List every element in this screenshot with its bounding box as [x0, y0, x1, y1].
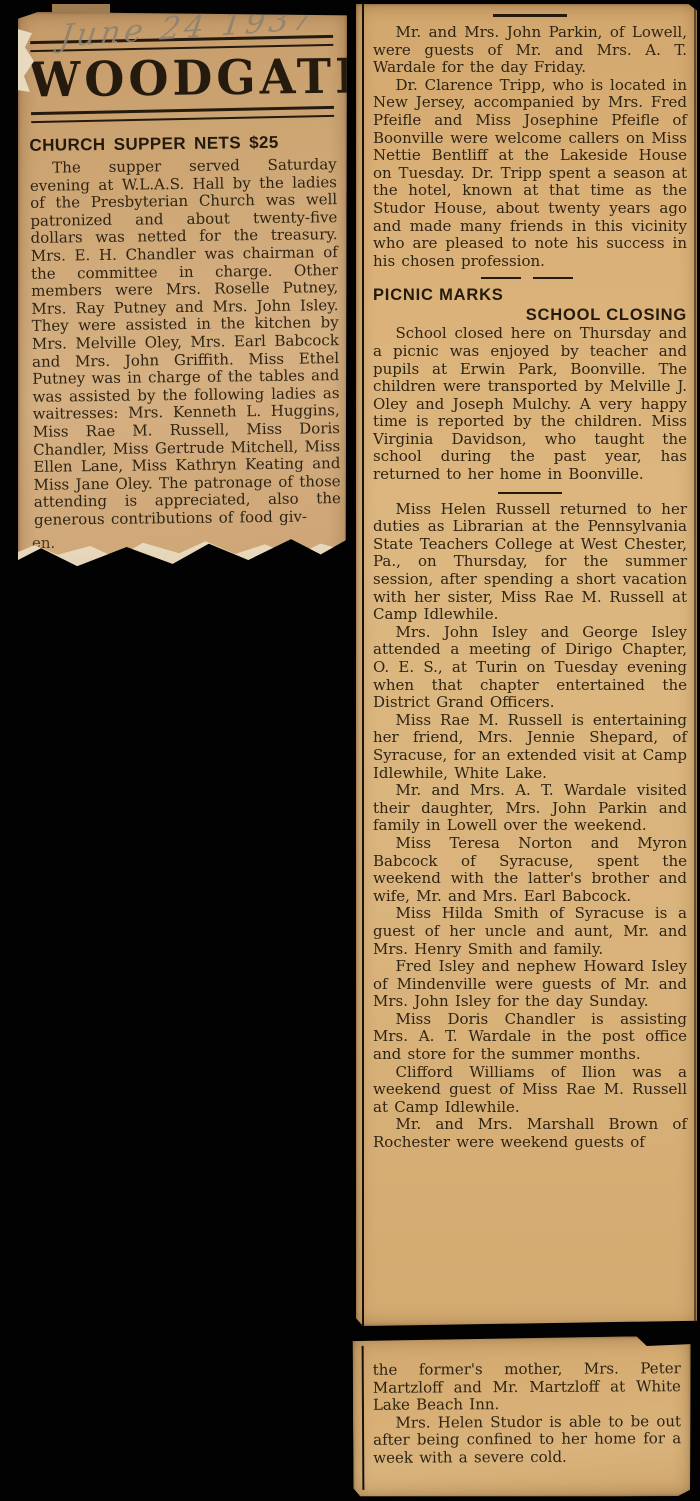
news-item-helen-russell: Miss Helen Russell returned to her dutie…: [373, 501, 687, 624]
right-clipping-content: Mr. and Mrs. John Parkin, of Lowell, wer…: [356, 4, 697, 1152]
left-clipping-content: WOODGATE CHURCH SUPPER NETS $25 The supp…: [15, 10, 350, 529]
news-item-tripp: Dr. Clarence Tripp, who is located in Ne…: [373, 77, 687, 271]
masthead-title: WOODGATE: [28, 50, 336, 106]
news-item-wardale-visit: Mr. and Mrs. A. T. Wardale visited their…: [373, 782, 687, 835]
news-item-rae-russell: Miss Rae M. Russell is entertaining her …: [373, 712, 687, 782]
article-body-church-supper: The supper served Saturday evening at W.…: [30, 156, 341, 529]
news-item-doris-chandler: Miss Doris Chandler is assisting Mrs. A.…: [373, 1011, 687, 1064]
right-clipping: Mr. and Mrs. John Parkin, of Lowell, wer…: [356, 4, 697, 1326]
masthead-rule-bottom: [31, 106, 334, 123]
bottom-clipping-content: the former's mother, Mrs. Peter Martzlof…: [353, 1336, 692, 1467]
news-item-clifford-williams: Clifford Williams of Ilion was a weekend…: [373, 1064, 687, 1117]
news-item-isley-oes: Mrs. John Isley and George Isley attende…: [373, 624, 687, 712]
section-divider-short: [498, 492, 562, 494]
left-clipping: June 24 1937 WOODGATE CHURCH SUPPER NETS…: [18, 12, 347, 574]
picnic-headline-line2: SCHOOL CLOSING: [373, 305, 687, 325]
bottom-clipping: the former's mother, Mrs. Peter Martzlof…: [353, 1336, 692, 1498]
news-item-norton-babcock: Miss Teresa Norton and Myron Babcock of …: [373, 835, 687, 905]
section-divider-top: [493, 14, 567, 17]
picnic-headline-line1: PICNIC MARKS: [373, 285, 687, 305]
news-item-hilda-smith: Miss Hilda Smith of Syracuse is a guest …: [373, 905, 687, 958]
news-item-helen-studor: Mrs. Helen Studor is able to be out afte…: [373, 1413, 681, 1467]
news-item-fred-isley: Fred Isley and nephew Howard Isley of Mi…: [373, 958, 687, 1011]
news-item-martzloff-continuation: the former's mother, Mrs. Peter Martzlof…: [373, 1360, 681, 1414]
news-item-marshall-brown: Mr. and Mrs. Marshall Brown of Rochester…: [373, 1116, 687, 1151]
picnic-article-body: School closed here on Thursday and a pic…: [373, 325, 687, 483]
news-item-parkin: Mr. and Mrs. John Parkin, of Lowell, wer…: [373, 24, 687, 77]
torn-paper-edge-bottom: [18, 534, 347, 574]
section-divider-dashed: [481, 277, 579, 279]
article-headline-church-supper: CHURCH SUPPER NETS $25: [29, 132, 336, 156]
scanned-newspaper-page: June 24 1937 WOODGATE CHURCH SUPPER NETS…: [0, 0, 700, 1501]
